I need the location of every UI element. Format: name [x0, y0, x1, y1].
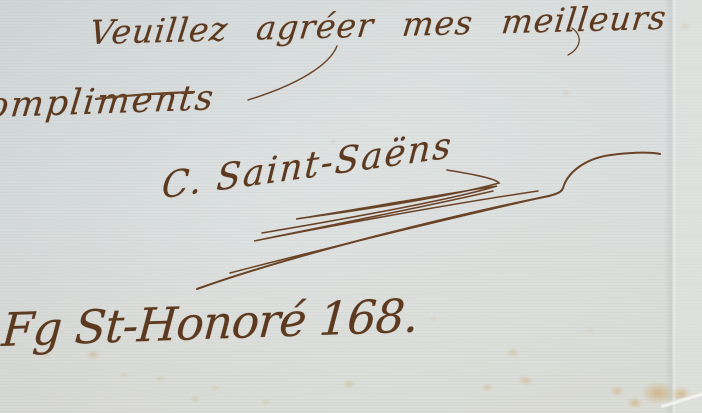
foxing-stain — [428, 314, 439, 323]
foxing-stain — [118, 370, 130, 379]
foxing-stain — [608, 384, 626, 398]
foxing-stain — [480, 382, 494, 393]
foxing-stain — [516, 374, 536, 387]
foxing-stain — [505, 346, 521, 359]
foxing-stain — [585, 326, 595, 334]
foxing-stain — [210, 384, 220, 392]
foxing-stain — [625, 396, 645, 410]
foxing-stain — [341, 378, 357, 390]
photo-frame: Veuillez agréer mes meilleurs compliment… — [0, 0, 702, 413]
foxing-stain — [260, 398, 272, 407]
foxing-stain — [188, 394, 202, 404]
paper-edge-strip — [678, 0, 702, 413]
foxing-stain — [678, 20, 692, 32]
foxing-stain — [560, 88, 572, 98]
foxing-stain — [154, 374, 166, 383]
